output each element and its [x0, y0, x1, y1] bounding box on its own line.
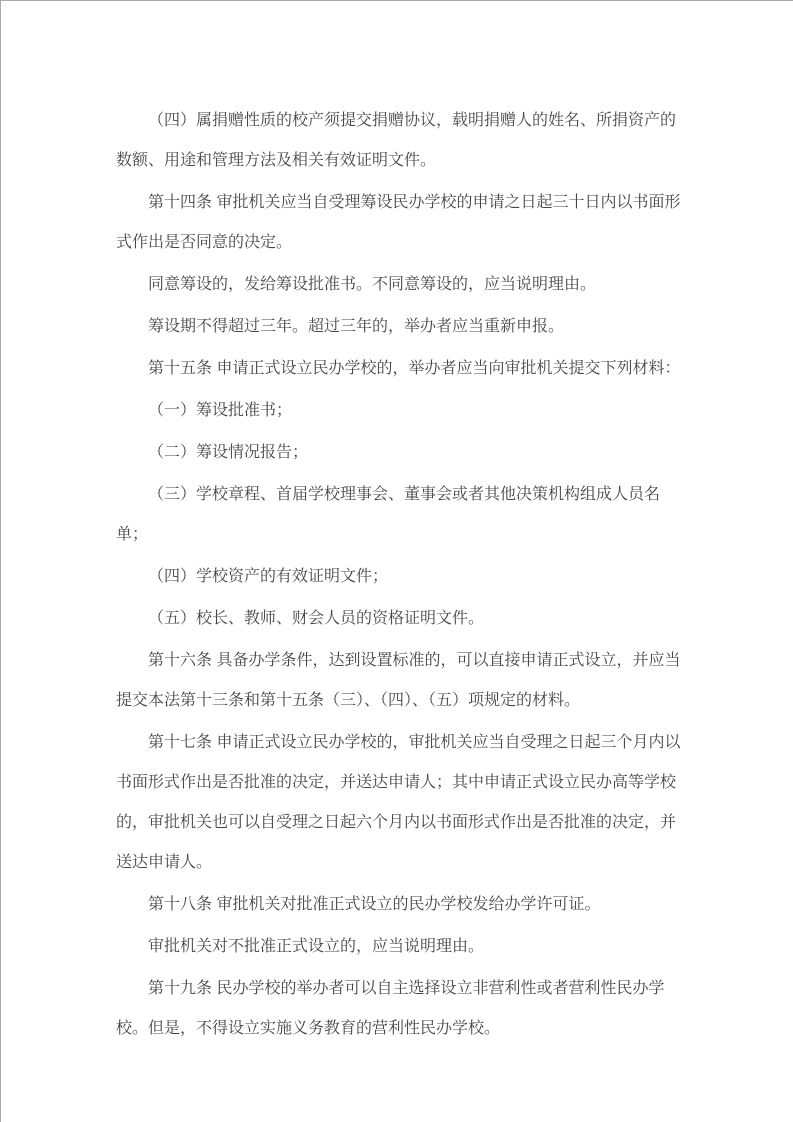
para-item5-qualification-proof: （五）校长、教师、财会人员的资格证明文件。 [116, 599, 682, 639]
para-item4-asset-proof: （四）学校资产的有效证明文件； [116, 557, 682, 597]
para-item3-school-charter: （三）学校章程、首届学校理事会、董事会或者其他决策机构组成人员名单； [116, 475, 682, 555]
para-item4-donated-assets: （四）属捐赠性质的校产须提交捐赠协议，载明捐赠人的姓名、所捐资产的数额、用途和管… [116, 101, 682, 181]
para-item1-approval-letter: （一）筹设批准书； [116, 391, 682, 431]
para-article-14: 第十四条 审批机关应当自受理筹设民办学校的申请之日起三十日内以书面形式作出是否同… [116, 183, 682, 263]
para-article-18-rejection: 审批机关对不批准正式设立的，应当说明理由。 [116, 927, 682, 967]
para-article-17: 第十七条 申请正式设立民办学校的，审批机关应当自受理之日起三个月内以书面形式作出… [116, 723, 682, 883]
document-body: （四）属捐赠性质的校产须提交捐赠协议，载明捐赠人的姓名、所捐资产的数额、用途和管… [116, 101, 682, 1051]
para-preparation-period: 筹设期不得超过三年。超过三年的，举办者应当重新申报。 [116, 307, 682, 347]
document-page: （四）属捐赠性质的校产须提交捐赠协议，载明捐赠人的姓名、所捐资产的数额、用途和管… [0, 0, 793, 1122]
para-item2-preparation-report: （二）筹设情况报告； [116, 433, 682, 473]
para-approval-consent: 同意筹设的，发给筹设批准书。不同意筹设的，应当说明理由。 [116, 265, 682, 305]
para-article-19: 第十九条 民办学校的举办者可以自主选择设立非营利性或者营利性民办学校。但是，不得… [116, 969, 682, 1049]
para-article-18: 第十八条 审批机关对批准正式设立的民办学校发给办学许可证。 [116, 885, 682, 925]
para-article-16: 第十六条 具备办学条件，达到设置标准的，可以直接申请正式设立，并应当提交本法第十… [116, 641, 682, 721]
para-article-15: 第十五条 申请正式设立民办学校的，举办者应当向审批机关提交下列材料： [116, 349, 682, 389]
